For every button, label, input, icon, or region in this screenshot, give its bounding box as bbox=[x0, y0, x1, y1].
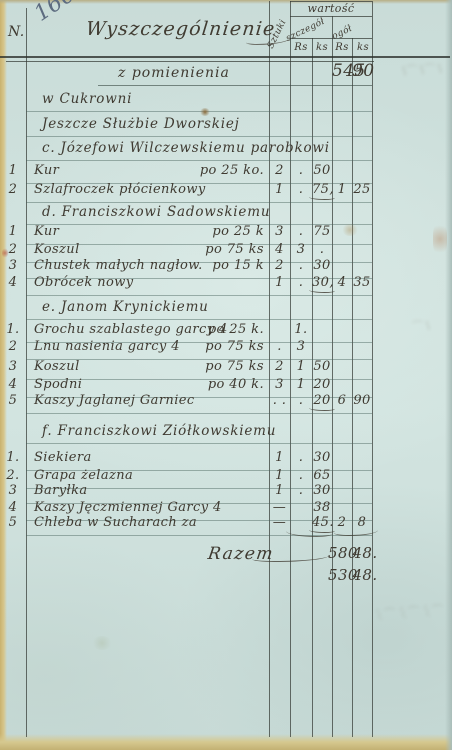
row-number: 4 bbox=[2, 500, 24, 515]
row-detail-kopecks: 50 bbox=[312, 163, 332, 178]
ledger-row: 4 Obrócek nowy 1 . 30, 4 35 bbox=[0, 275, 452, 294]
row-unit-price: po 40 k. bbox=[208, 377, 264, 392]
row-total-kopecks: 25 bbox=[352, 182, 372, 197]
ledger-row: e. Janom Krynickiemu bbox=[0, 299, 452, 318]
row-detail-kopecks: 30 bbox=[312, 450, 332, 465]
row-detail-rubles: 3 bbox=[290, 339, 312, 354]
row-detail-rubles: 1 bbox=[290, 359, 312, 374]
row-unit-price: po 15 k bbox=[212, 258, 264, 273]
row-detail-kopecks: 30 bbox=[312, 258, 332, 273]
row-text: Grapa żelazna bbox=[34, 468, 133, 483]
row-number: 5 bbox=[2, 515, 24, 530]
row-pieces: . bbox=[269, 339, 290, 354]
row-number: 1. bbox=[2, 450, 24, 465]
row-detail-kopecks: 38 bbox=[312, 500, 332, 515]
row-detail-rubles: . bbox=[290, 258, 312, 273]
row-description: Szlafroczek płócienkowy bbox=[34, 182, 266, 197]
row-text: Jeszcze Służbie Dworskiej bbox=[42, 116, 240, 132]
row-detail-rubles: 1 bbox=[290, 377, 312, 392]
total-kopecks-1: 48. bbox=[352, 544, 378, 562]
row-total-kopecks: 90 bbox=[352, 393, 372, 408]
row-description: Grapa żelazna bbox=[34, 468, 266, 483]
row-detail-rubles: . bbox=[290, 450, 312, 465]
row-text: Chleba w Sucharach za bbox=[34, 515, 197, 530]
row-description: Kaszy Jaglanej Garniec bbox=[34, 393, 266, 408]
row-description: d. Franciszkowi Sadowskiemu bbox=[42, 204, 274, 220]
row-total-kopecks: 35 bbox=[352, 275, 372, 290]
row-total-rubles: 545 bbox=[332, 61, 352, 81]
row-total-kopecks: 90 bbox=[352, 61, 372, 81]
row-detail-kopecks: . bbox=[312, 242, 332, 257]
row-number: 2. bbox=[2, 468, 24, 483]
row-text: d. Franciszkowi Sadowskiemu bbox=[42, 204, 270, 220]
row-text: e. Janom Krynickiemu bbox=[42, 299, 209, 315]
row-text: Baryłka bbox=[34, 483, 88, 498]
row-description: c. Józefowi Wilczewskiemu parobkowi bbox=[42, 140, 274, 156]
row-pieces: 1 bbox=[269, 483, 290, 498]
ledger-row: c. Józefowi Wilczewskiemu parobkowi bbox=[0, 140, 452, 159]
row-description: e. Janom Krynickiemu bbox=[42, 299, 274, 315]
row-detail-rubles: . bbox=[290, 483, 312, 498]
row-number: 1. bbox=[2, 322, 24, 337]
row-detail-rubles: 1. bbox=[290, 322, 312, 337]
row-detail-kopecks: 20 bbox=[312, 377, 332, 392]
row-number: 5 bbox=[2, 393, 24, 408]
ledger-row: w Cukrowni bbox=[0, 91, 452, 110]
row-number: 3 bbox=[2, 483, 24, 498]
row-unit-price: po 75 ks bbox=[205, 242, 264, 257]
row-pieces: 3 bbox=[269, 377, 290, 392]
row-pieces: 2 bbox=[269, 359, 290, 374]
ledger-rows: z pomienienia 545 90 w Cukrowni Jeszcze … bbox=[0, 0, 452, 750]
row-text: Koszul bbox=[34, 242, 80, 257]
row-pieces: 4 bbox=[269, 242, 290, 257]
row-text: c. Józefowi Wilczewskiemu parobkowi bbox=[42, 140, 330, 156]
row-total-rubles: 6 bbox=[332, 393, 352, 408]
row-detail-kopecks: 20 bbox=[312, 393, 332, 408]
row-description: Kurpo 25 ko. bbox=[34, 163, 266, 178]
row-pieces: . . bbox=[269, 393, 290, 408]
ledger-page: N. 166. Wyszczególnienie wartość Sztuki … bbox=[0, 0, 452, 750]
row-number: 1 bbox=[2, 224, 24, 239]
ledger-row: Jeszcze Służbie Dworskiej bbox=[0, 116, 452, 135]
row-detail-rubles: 3 bbox=[290, 242, 312, 257]
total-rubles-1: 580 bbox=[328, 544, 354, 562]
row-pieces: 1 bbox=[269, 182, 290, 197]
row-description: Koszulpo 75 ks bbox=[34, 242, 266, 257]
row-unit-price: po 25 k. bbox=[208, 322, 264, 337]
row-description: z pomienienia bbox=[118, 65, 350, 81]
row-total-rubles: 1 bbox=[332, 182, 352, 197]
ledger-row: 2 Lnu nasienia garcy 4po 75 ks . 3 bbox=[0, 339, 452, 358]
row-pieces: — bbox=[269, 500, 290, 515]
ledger-row: 2 Szlafroczek płócienkowy 1 . 75, 1 25 bbox=[0, 182, 452, 201]
row-total-rubles: 4 bbox=[332, 275, 352, 290]
row-text: Grochu szablastego garcy 4 bbox=[34, 322, 228, 337]
row-description: f. Franciszkowi Ziółkowskiemu bbox=[42, 423, 274, 439]
row-pieces: 1 bbox=[269, 450, 290, 465]
row-number: 2 bbox=[2, 182, 24, 197]
row-detail-rubles: . bbox=[290, 163, 312, 178]
row-description: Koszulpo 75 ks bbox=[34, 359, 266, 374]
row-unit-price: po 75 ks bbox=[205, 339, 264, 354]
row-number: 1 bbox=[2, 163, 24, 178]
row-description: Baryłka bbox=[34, 483, 266, 498]
ledger-row: f. Franciszkowi Ziółkowskiemu bbox=[0, 423, 452, 442]
row-detail-kopecks: 75 bbox=[312, 224, 332, 239]
row-pieces: 3 bbox=[269, 224, 290, 239]
row-description: Chleba w Sucharach za bbox=[34, 515, 266, 530]
ledger-row: d. Franciszkowi Sadowskiemu bbox=[0, 204, 452, 223]
row-text: f. Franciszkowi Ziółkowskiemu bbox=[42, 423, 276, 439]
row-text: Obrócek nowy bbox=[34, 275, 133, 290]
row-detail-kopecks: 75, bbox=[312, 182, 332, 197]
row-unit-price: po 75 ks bbox=[205, 359, 264, 374]
row-pieces: 2 bbox=[269, 258, 290, 273]
row-description: Kurpo 25 k bbox=[34, 224, 266, 239]
ledger-row: 5 Chleba w Sucharach za — 45. 2 8 bbox=[0, 515, 452, 534]
row-text: z pomienienia bbox=[118, 65, 230, 81]
row-text: Lnu nasienia garcy 4 bbox=[34, 339, 180, 354]
row-text: Kur bbox=[34, 163, 59, 178]
row-description: w Cukrowni bbox=[42, 91, 274, 107]
row-detail-kopecks: 30, bbox=[312, 275, 332, 290]
row-text: w Cukrowni bbox=[42, 91, 132, 107]
total-kopecks-2: 48. bbox=[352, 566, 378, 584]
row-text: Koszul bbox=[34, 359, 80, 374]
row-description: Chustek małych nagłow.po 15 k bbox=[34, 258, 266, 273]
row-number: 2 bbox=[2, 339, 24, 354]
row-unit-price: po 25 k bbox=[212, 224, 264, 239]
row-pieces: 2 bbox=[269, 163, 290, 178]
row-detail-kopecks: 30 bbox=[312, 483, 332, 498]
row-unit-price: po 25 ko. bbox=[200, 163, 264, 178]
row-description: Grochu szablastego garcy 4po 25 k. bbox=[34, 322, 266, 337]
row-text: Szlafroczek płócienkowy bbox=[34, 182, 206, 197]
row-text: Siekiera bbox=[34, 450, 92, 465]
row-detail-kopecks: 50 bbox=[312, 359, 332, 374]
row-pieces: 1 bbox=[269, 468, 290, 483]
row-detail-kopecks: 65 bbox=[312, 468, 332, 483]
ink-bleedthrough: ⌇⌒ bbox=[391, 317, 432, 337]
row-detail-rubles: . bbox=[290, 224, 312, 239]
row-text: Kaszy Jaglanej Garniec bbox=[34, 393, 195, 408]
row-text: Chustek małych nagłow. bbox=[34, 258, 203, 273]
row-description: Jeszcze Służbie Dworskiej bbox=[42, 116, 274, 132]
row-description: Kaszy Jęczmiennej Garcy 4 bbox=[34, 500, 266, 515]
row-number: 3 bbox=[2, 359, 24, 374]
ledger-row: 1. Siekiera 1 . 30 bbox=[0, 450, 452, 469]
row-description: Obrócek nowy bbox=[34, 275, 266, 290]
row-text: Kaszy Jęczmiennej Garcy 4 bbox=[34, 500, 222, 515]
row-text: Spodni bbox=[34, 377, 82, 392]
row-description: Lnu nasienia garcy 4po 75 ks bbox=[34, 339, 266, 354]
ledger-row: 1 Kurpo 25 k 3 . 75 bbox=[0, 224, 452, 243]
row-number: 3 bbox=[2, 258, 24, 273]
row-text: Kur bbox=[34, 224, 59, 239]
row-number: 4 bbox=[2, 377, 24, 392]
total-rubles-2: 530 bbox=[328, 566, 354, 584]
row-pieces: 1 bbox=[269, 275, 290, 290]
ledger-row: 3 Koszulpo 75 ks 2 1 50 bbox=[0, 359, 452, 378]
row-detail-rubles: . bbox=[290, 468, 312, 483]
ledger-row: 1 Kurpo 25 ko. 2 . 50 bbox=[0, 163, 452, 182]
row-number: 2 bbox=[2, 242, 24, 257]
row-description: Siekiera bbox=[34, 450, 266, 465]
ledger-row: 5 Kaszy Jaglanej Garniec . . . 20 6 90 bbox=[0, 393, 452, 412]
row-description: Spodnipo 40 k. bbox=[34, 377, 266, 392]
row-number: 4 bbox=[2, 275, 24, 290]
